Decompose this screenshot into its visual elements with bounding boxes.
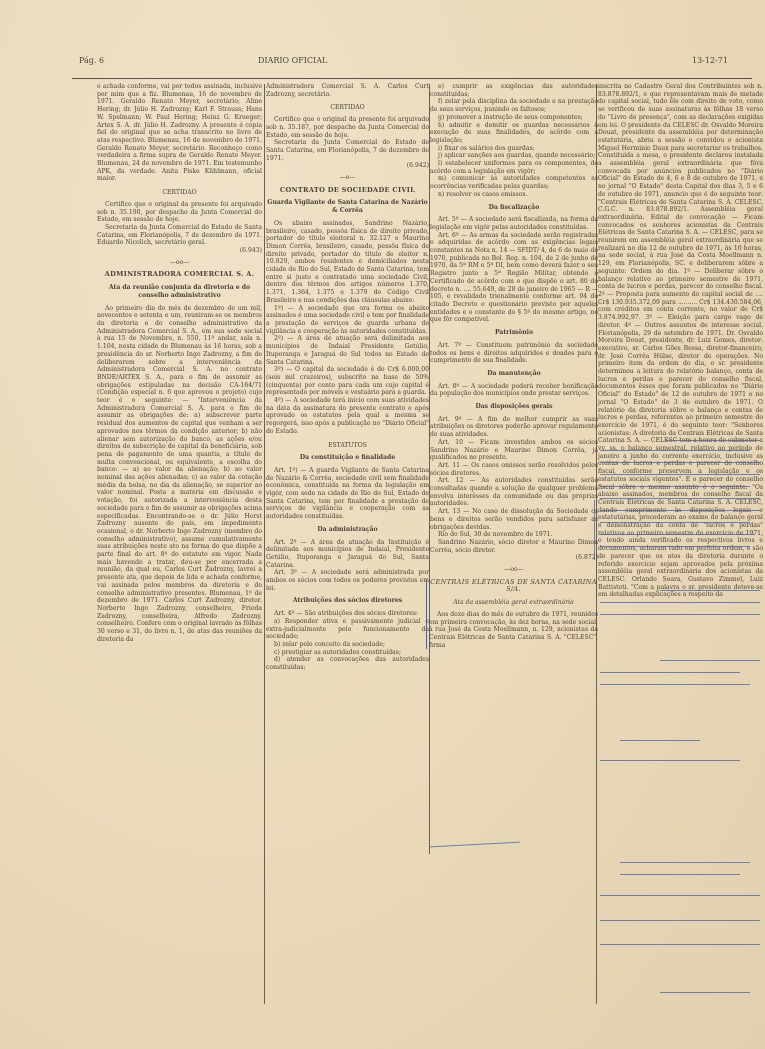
ink-underline — [600, 602, 760, 603]
separator: —oo— — [430, 566, 598, 574]
ink-margin-line — [594, 500, 595, 560]
ink-underline — [600, 672, 740, 673]
ink-underline — [600, 450, 750, 451]
newspaper-page: Pág. 6 DIARIO OFICIAL 13-12-71 e achada … — [0, 0, 765, 1049]
paragraph: Art. 1º) — A guarda Vigilante de Santa C… — [266, 467, 429, 521]
paragraph: e achada conforme, vai por todos assinad… — [97, 83, 262, 183]
ink-underline — [600, 944, 760, 945]
section-heading: ADMINISTRADORA COMERCIAL S. A. — [97, 271, 262, 279]
paragraph: Art. 7º — Constituem patrimônio da socie… — [430, 342, 598, 365]
column-divider — [264, 84, 265, 1004]
separator: —oo— — [97, 259, 262, 267]
section-heading: CONTRATO DE SOCIEDADE CIVIL — [266, 187, 429, 195]
paragraph: Secretaria da Junta Comercial do Estado … — [97, 224, 262, 247]
paragraph: d) atender as convocações das autoridade… — [266, 656, 429, 671]
section-heading: CERTIDAO — [266, 104, 429, 112]
column-2: Administradora Comercial S. A. Carlos Cu… — [266, 83, 429, 672]
section-heading: CERTIDAO — [97, 189, 262, 197]
ink-underline — [665, 440, 760, 441]
ink-underline — [600, 614, 760, 615]
paragraph: b) zelar pelo conceito da sociedade; — [266, 641, 429, 649]
celesc-notice: CENTRAIS ELÉTRICAS DE SANTA CATARINA S/A… — [426, 579, 598, 650]
paragraph: 2º) — A área de atuação será delimitada … — [266, 335, 429, 366]
paragraph: Art. 6º — As armas da sociedade serão re… — [430, 232, 598, 324]
signature: Sandrino Nazário, sócio diretor e Maurin… — [430, 539, 598, 554]
paragraph: c) prestigiar as autoridades constituída… — [266, 649, 429, 657]
ink-underline — [600, 510, 760, 511]
ink-underline — [600, 534, 755, 535]
ink-underline — [430, 842, 520, 848]
separator: —o— — [266, 174, 429, 182]
paragraph: Ao primeiro dia do mês de dezembro de um… — [97, 305, 262, 644]
list-item: j) aplicar sanções aos guardas, quando n… — [430, 152, 598, 160]
ink-underline — [660, 660, 760, 661]
ink-underline — [600, 474, 760, 475]
paragraph: Art. 2º — A área de atuação da Instituiç… — [266, 539, 429, 570]
paragraph: Os abaixo assinados, Sandrino Nazário, b… — [266, 220, 429, 305]
ink-underline — [600, 684, 750, 685]
paragraph: Art. 13 — No caso de dissolução da Socie… — [430, 508, 598, 531]
paragraph: 1º) — A sociedade que ora forma os abaix… — [266, 305, 429, 336]
paragraph: Art. 3º — A sociedade será administrada … — [266, 569, 429, 592]
section-subheading: Ata da reunião conjunta da diretoria e d… — [97, 284, 262, 299]
list-item: l) estabelecer uniformes para os compone… — [430, 160, 598, 175]
section-subheading: Da manutenção — [430, 370, 598, 378]
list-item: m) comunicar às autoridades competentes … — [430, 175, 598, 190]
paragraph: 4º) — A sociedade terá início com suas a… — [266, 397, 429, 436]
paragraph: Art. 12 — As autoridades constituídas se… — [430, 477, 598, 508]
list-item: n) resolver os casos omissos. — [430, 191, 598, 199]
ink-underline — [600, 498, 760, 499]
ink-underline — [660, 590, 760, 591]
column-3: e) cumprir as exigências das autoridades… — [430, 83, 598, 649]
list-item: f) zelar pela disciplina da sociedade e … — [430, 98, 598, 113]
page-number: Pág. 6 — [79, 56, 104, 65]
reference-number: (6.872) — [430, 554, 598, 562]
paragraph: Art. 4º — São atribuições dos sócios dir… — [266, 610, 429, 618]
ink-underline — [600, 760, 740, 761]
ink-underline — [660, 992, 750, 993]
column-1: e achada conforme, vai por todos assinad… — [97, 83, 262, 644]
list-item: i) fixar os salários dos guardas; — [430, 145, 598, 153]
paragraph: Art. 5º — A sociedade será fiscalizada, … — [430, 216, 598, 231]
ink-underline — [600, 546, 750, 547]
section-subheading: Da constituição e finalidade — [266, 454, 429, 462]
section-subheading: Da fiscalização — [430, 204, 598, 212]
ink-underline — [600, 920, 760, 921]
section-subheading: Ata da assembléia geral extraordinária — [429, 599, 598, 607]
ink-underline — [600, 522, 750, 523]
paragraph: Art. 9º — A fim de melhor cumprir as sua… — [430, 416, 598, 439]
ink-underline — [620, 862, 750, 863]
paragraph: Rio do Sul, 30 de novembro de 1971. — [430, 531, 598, 539]
paragraph: Aos doze dias do mês de outubro de 1971,… — [429, 611, 598, 650]
paragraph: Art. 11 — Os casos omissos serão resolvi… — [430, 462, 598, 477]
section-heading: CENTRAIS ELÉTRICAS DE SANTA CATARINA S/A… — [429, 579, 598, 594]
section-subheading: Atribuições dos sócios diretores — [266, 597, 429, 605]
paragraph: 3º) — O capital da sociedade é de Cr$ 6.… — [266, 366, 429, 397]
paragraph: Administradora Comercial S. A. Carlos Cu… — [266, 83, 429, 98]
ink-underline — [620, 740, 700, 741]
newspaper-title: DIARIO OFICIAL — [258, 56, 327, 65]
ink-underline — [600, 895, 760, 896]
paragraph: Art. 8º — A sociedade poderá receber bon… — [430, 383, 598, 398]
ink-underline — [600, 462, 760, 463]
section-subheading: Da administração — [266, 526, 429, 534]
section-subheading: Patrimônio — [430, 329, 598, 337]
list-item: g) promover a instrução de seus componen… — [430, 114, 598, 122]
paragraph: Certifico que o original da presente foi… — [266, 116, 429, 139]
paragraph: a) Responder ativa e passivamente judici… — [266, 618, 429, 641]
paragraph: Art. 10 — Ficam investidos ambos os sóci… — [430, 439, 598, 462]
reference-number: (6.942) — [266, 162, 429, 170]
paragraph: Secretaria da Junta Comercial do Estado … — [266, 139, 429, 162]
reference-number: (6.943) — [97, 247, 262, 255]
section-heading: ESTATUTOS — [266, 442, 429, 450]
ink-underline — [620, 874, 740, 875]
issue-date: 13-12-71 — [692, 56, 728, 65]
list-item: e) cumprir as exigências das autoridades… — [430, 83, 598, 98]
ink-underline — [600, 486, 750, 487]
list-item: h) admitir e demitir os guardas necessár… — [430, 122, 598, 145]
header-rule — [72, 78, 752, 79]
section-subheading: Guarda Vigilante de Santa Catarina de Na… — [266, 199, 429, 214]
section-subheading: Das disposições gerais — [430, 403, 598, 411]
paragraph: Certifico que o original da presente foi… — [97, 201, 262, 224]
